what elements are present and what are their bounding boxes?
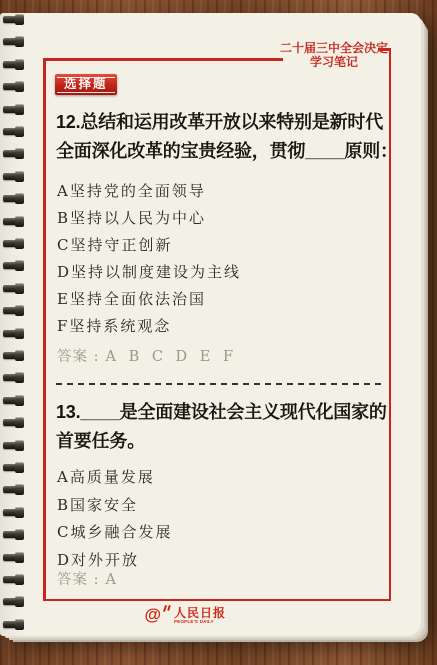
option-12-a: A坚持党的全面领导: [57, 178, 241, 205]
option-13-c: C城乡融合发展: [57, 519, 172, 547]
frame-border-top: [43, 58, 283, 61]
question-13-title-line2: 首要任务。: [56, 427, 387, 456]
spiral-ring: [3, 285, 22, 292]
option-13-a: A高质量发展: [57, 464, 172, 492]
frame-border-left: [43, 58, 46, 601]
at-icon: @: [144, 605, 161, 624]
logo-en-text: PEOPLE'S DAILY: [174, 620, 214, 625]
peoples-daily-logo: @ 人民日报 PEOPLE'S DAILY: [0, 605, 407, 630]
question-13-title-line1: 13.____是全面建设社会主义现代化国家的: [56, 398, 387, 427]
spiral-ring: [3, 374, 22, 381]
answer-13-label: 答案 :: [57, 572, 100, 588]
spiral-ring: [3, 419, 22, 426]
option-12-f: F坚持系统观念: [57, 313, 241, 340]
spiral-ring: [3, 352, 22, 359]
spiral-ring: [3, 486, 22, 493]
spiral-ring: [3, 38, 22, 45]
flame-quotes-icon: [164, 605, 171, 614]
spiral-ring: [3, 509, 22, 516]
question-12-title-line2: 全面深化改革的宝贵经验，贯彻____原则：: [56, 137, 398, 166]
option-13-b: B国家安全: [57, 492, 172, 520]
header-tag-line1: 二十届三中全会决定: [277, 41, 391, 55]
spiral-ring: [3, 128, 22, 135]
question-12-options: A坚持党的全面领导 B坚持以人民为中心 C坚持守正创新 D坚持以制度建设为主线 …: [57, 178, 241, 340]
section-badge-label: 选择题: [64, 77, 108, 91]
dashed-divider: [56, 383, 384, 385]
question-13-answer: 答案 :A: [57, 568, 120, 589]
header-tag: 二十届三中全会决定 学习笔记: [277, 41, 391, 69]
option-12-b: B坚持以人民为中心: [57, 205, 241, 232]
spiral-ring: [3, 195, 22, 202]
spiral-ring: [3, 150, 22, 157]
spiral-ring: [3, 442, 22, 449]
spiral-ring: [3, 531, 22, 538]
logo-cn-text: 人民日报: [174, 607, 262, 620]
question-12-title-line1: 12.总结和运用改革开放以来特别是新时代: [56, 108, 398, 137]
answer-12-label: 答案 :: [57, 349, 100, 365]
spiral-ring: [3, 330, 22, 337]
spiral-ring: [3, 83, 22, 90]
answer-12-value: A B C D E F: [106, 349, 238, 365]
answer-13-value: A: [106, 572, 120, 588]
question-12-title: 12.总结和运用改革开放以来特别是新时代 全面深化改革的宝贵经验，贯彻____原…: [56, 108, 398, 166]
question-13-title: 13.____是全面建设社会主义现代化国家的 首要任务。: [56, 398, 387, 456]
spiral-ring: [3, 218, 22, 225]
spiral-ring: [3, 16, 22, 23]
spiral-ring: [3, 598, 22, 605]
spiral-ring: [3, 173, 22, 180]
spiral-ring: [3, 262, 22, 269]
spiral-binding: [0, 0, 30, 665]
notebook-page: 二十届三中全会决定 学习笔记 选择题 12.总结和运用改革开放以来特别是新时代 …: [0, 13, 421, 636]
question-12-answer: 答案 :A B C D E F: [57, 345, 237, 366]
spiral-ring: [3, 576, 22, 583]
option-12-e: E坚持全面依法治国: [57, 286, 241, 313]
red-frame: 二十届三中全会决定 学习笔记 选择题 12.总结和运用改革开放以来特别是新时代 …: [43, 58, 391, 601]
option-12-d: D坚持以制度建设为主线: [57, 259, 241, 286]
wood-background: 二十届三中全会决定 学习笔记 选择题 12.总结和运用改革开放以来特别是新时代 …: [0, 0, 437, 665]
spiral-ring: [3, 106, 22, 113]
spiral-ring: [3, 464, 22, 471]
spiral-ring: [3, 61, 22, 68]
logo-text: 人民日报 PEOPLE'S DAILY: [174, 607, 262, 630]
option-12-c: C坚持守正创新: [57, 232, 241, 259]
spiral-ring: [3, 554, 22, 561]
section-badge: 选择题: [55, 74, 117, 95]
question-13-options: A高质量发展 B国家安全 C城乡融合发展 D对外开放: [57, 464, 172, 574]
spiral-ring: [3, 240, 22, 247]
header-tag-line2: 学习笔记: [277, 55, 391, 69]
spiral-ring: [3, 621, 22, 628]
frame-border-bottom: [43, 599, 391, 602]
spiral-ring: [3, 307, 22, 314]
spiral-ring: [3, 397, 22, 404]
